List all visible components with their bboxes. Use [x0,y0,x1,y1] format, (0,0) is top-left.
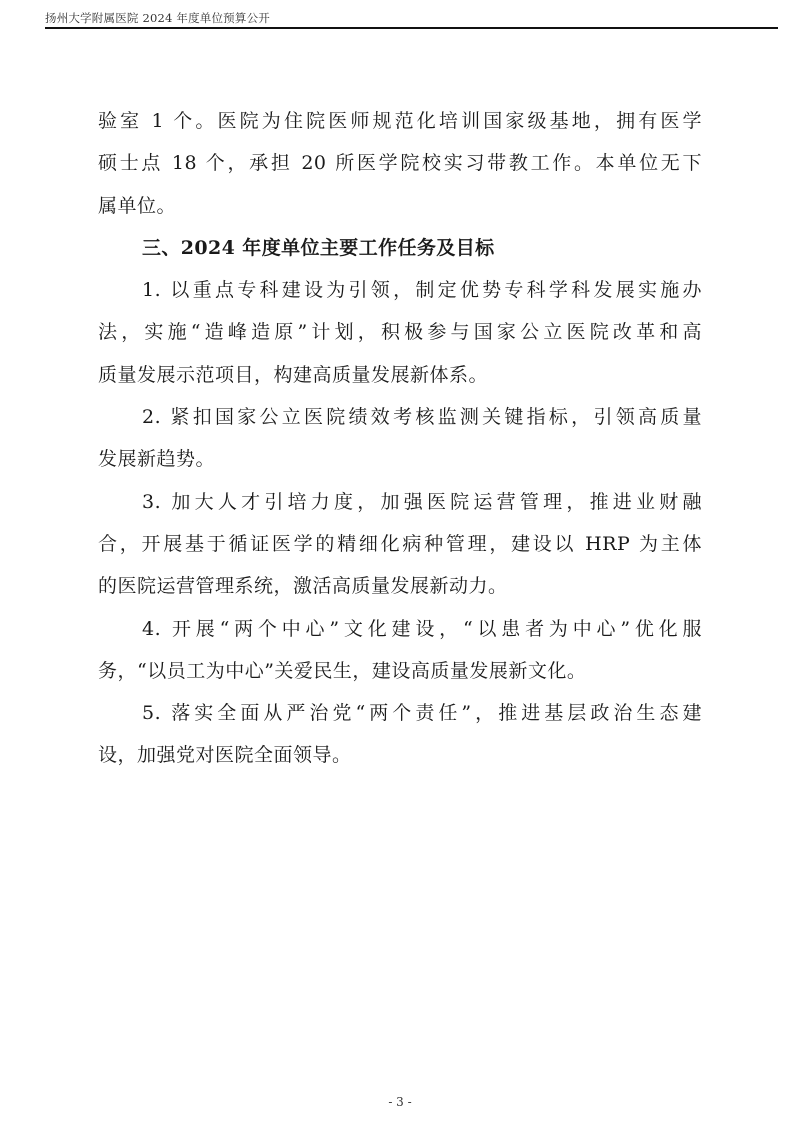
paragraph-line: 硕士点 18 个，承担 20 所医学院校实习带教工作。本单位无下 [98,142,702,184]
paragraph-line: 法，实施“造峰造原”计划，积极参与国家公立医院改革和高 [98,311,702,353]
paragraph-line: 质量发展示范项目，构建高质量发展新体系。 [98,354,702,396]
section-heading: 三、2024 年度单位主要工作任务及目标 [98,227,702,269]
paragraph-line: 合，开展基于循证医学的精细化病种管理，建设以 HRP 为主体 [98,523,702,565]
task-item-1: 1. 以重点专科建设为引领，制定优势专科学科发展实施办 法，实施“造峰造原”计划… [98,269,702,396]
paragraph-line: 的医院运营管理系统，激活高质量发展新动力。 [98,565,702,607]
paragraph-line: 属单位。 [98,185,702,227]
paragraph-line: 3. 加大人才引培力度，加强医院运营管理，推进业财融 [98,481,702,523]
paragraph-line: 1. 以重点专科建设为引领，制定优势专科学科发展实施办 [98,269,702,311]
paragraph-line: 设，加强党对医院全面领导。 [98,734,702,776]
page-number: - 3 - [0,1095,800,1109]
paragraph-line: 务，“以员工为中心”关爱民生，建设高质量发展新文化。 [98,650,702,692]
paragraph-line: 4. 开展“两个中心”文化建设，“以患者为中心”优化服 [98,608,702,650]
task-item-3: 3. 加大人才引培力度，加强医院运营管理，推进业财融 合，开展基于循证医学的精细… [98,481,702,608]
task-item-4: 4. 开展“两个中心”文化建设，“以患者为中心”优化服 务，“以员工为中心”关爱… [98,608,702,693]
intro-paragraph: 验室 1 个。医院为住院医师规范化培训国家级基地，拥有医学 硕士点 18 个，承… [98,100,702,227]
paragraph-line: 2. 紧扣国家公立医院绩效考核监测关键指标，引领高质量 [98,396,702,438]
task-item-5: 5. 落实全面从严治党“两个责任”，推进基层政治生态建 设，加强党对医院全面领导… [98,692,702,777]
header-divider [45,27,778,29]
task-item-2: 2. 紧扣国家公立医院绩效考核监测关键指标，引领高质量 发展新趋势。 [98,396,702,481]
document-body: 验室 1 个。医院为住院医师规范化培训国家级基地，拥有医学 硕士点 18 个，承… [98,100,702,777]
paragraph-line: 发展新趋势。 [98,438,702,480]
paragraph-line: 验室 1 个。医院为住院医师规范化培训国家级基地，拥有医学 [98,100,702,142]
document-header-title: 扬州大学附属医院 2024 年度单位预算公开 [45,10,478,26]
paragraph-line: 5. 落实全面从严治党“两个责任”，推进基层政治生态建 [98,692,702,734]
